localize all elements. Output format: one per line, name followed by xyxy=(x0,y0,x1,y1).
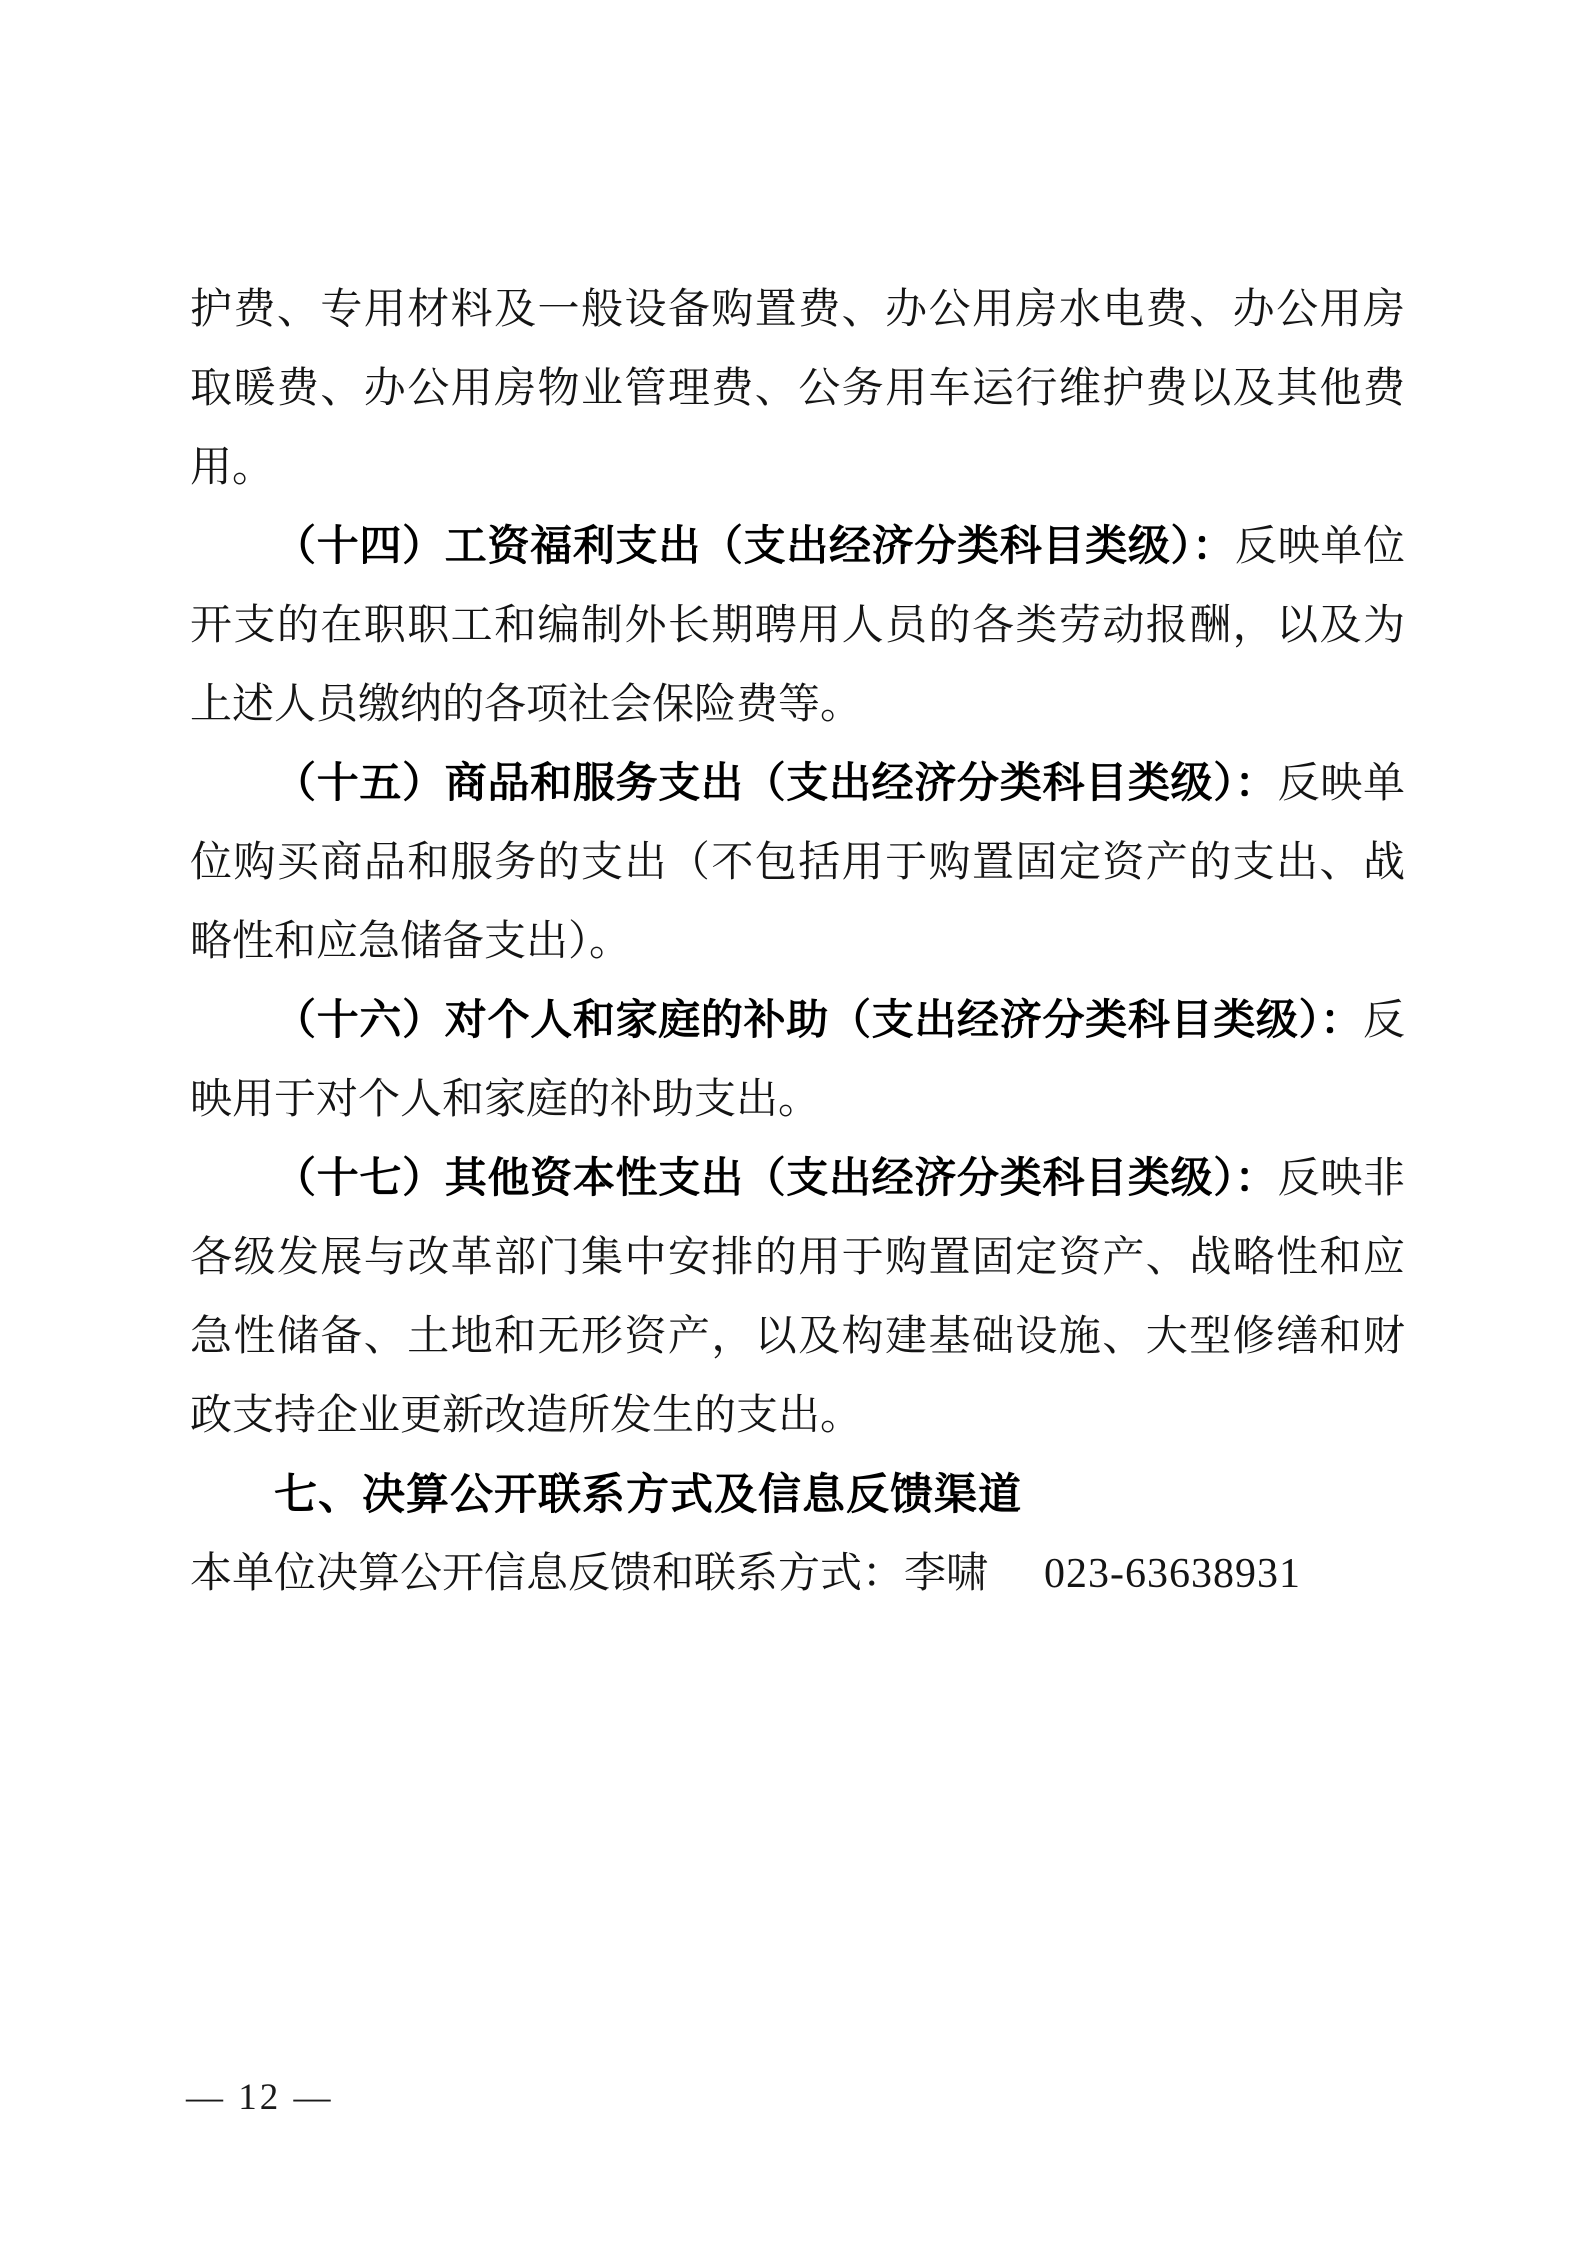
paragraph-lead: （十四）工资福利支出（支出经济分类科目类级）： xyxy=(274,524,1235,570)
paragraph-lead: （十六）对个人和家庭的补助（支出经济分类科目类级）： xyxy=(274,998,1363,1044)
paragraph-item-17: （十七）其他资本性支出（支出经济分类科目类级）：反映非各级发展与改革部门集中安排… xyxy=(190,1140,1405,1456)
document-page: 护费、专用材料及一般设备购置费、办公用房水电费、办公用房取暖费、办公用房物业管理… xyxy=(0,0,1588,2245)
page-number-label: — 12 — xyxy=(186,2077,334,2118)
paragraph-item-14: （十四）工资福利支出（支出经济分类科目类级）：反映单位开支的在职职工和编制外长期… xyxy=(190,508,1405,745)
paragraph-item-16: （十六）对个人和家庭的补助（支出经济分类科目类级）：反映用于对个人和家庭的补助支… xyxy=(190,982,1405,1140)
section-heading: 七、决算公开联系方式及信息反馈渠道 xyxy=(190,1456,1405,1535)
contact-name: 李啸 xyxy=(904,1551,988,1597)
page-number: — 12 — xyxy=(186,2076,334,2119)
paragraph-continuation: 护费、专用材料及一般设备购置费、办公用房水电费、办公用房取暖费、办公用房物业管理… xyxy=(190,271,1405,508)
contact-line: 本单位决算公开信息反馈和联系方式：李啸023-63638931 xyxy=(190,1535,1405,1614)
document-body: 护费、专用材料及一般设备购置费、办公用房水电费、办公用房取暖费、办公用房物业管理… xyxy=(190,271,1405,1614)
contact-phone: 023-63638931 xyxy=(1044,1551,1301,1597)
paragraph-text: 护费、专用材料及一般设备购置费、办公用房水电费、办公用房取暖费、办公用房物业管理… xyxy=(190,287,1405,491)
paragraph-lead: （十七）其他资本性支出（支出经济分类科目类级）： xyxy=(274,1156,1278,1202)
paragraph-lead: （十五）商品和服务支出（支出经济分类科目类级）： xyxy=(274,761,1278,807)
paragraph-item-15: （十五）商品和服务支出（支出经济分类科目类级）：反映单位购买商品和服务的支出（不… xyxy=(190,745,1405,982)
contact-prefix: 本单位决算公开信息反馈和联系方式： xyxy=(190,1551,904,1597)
